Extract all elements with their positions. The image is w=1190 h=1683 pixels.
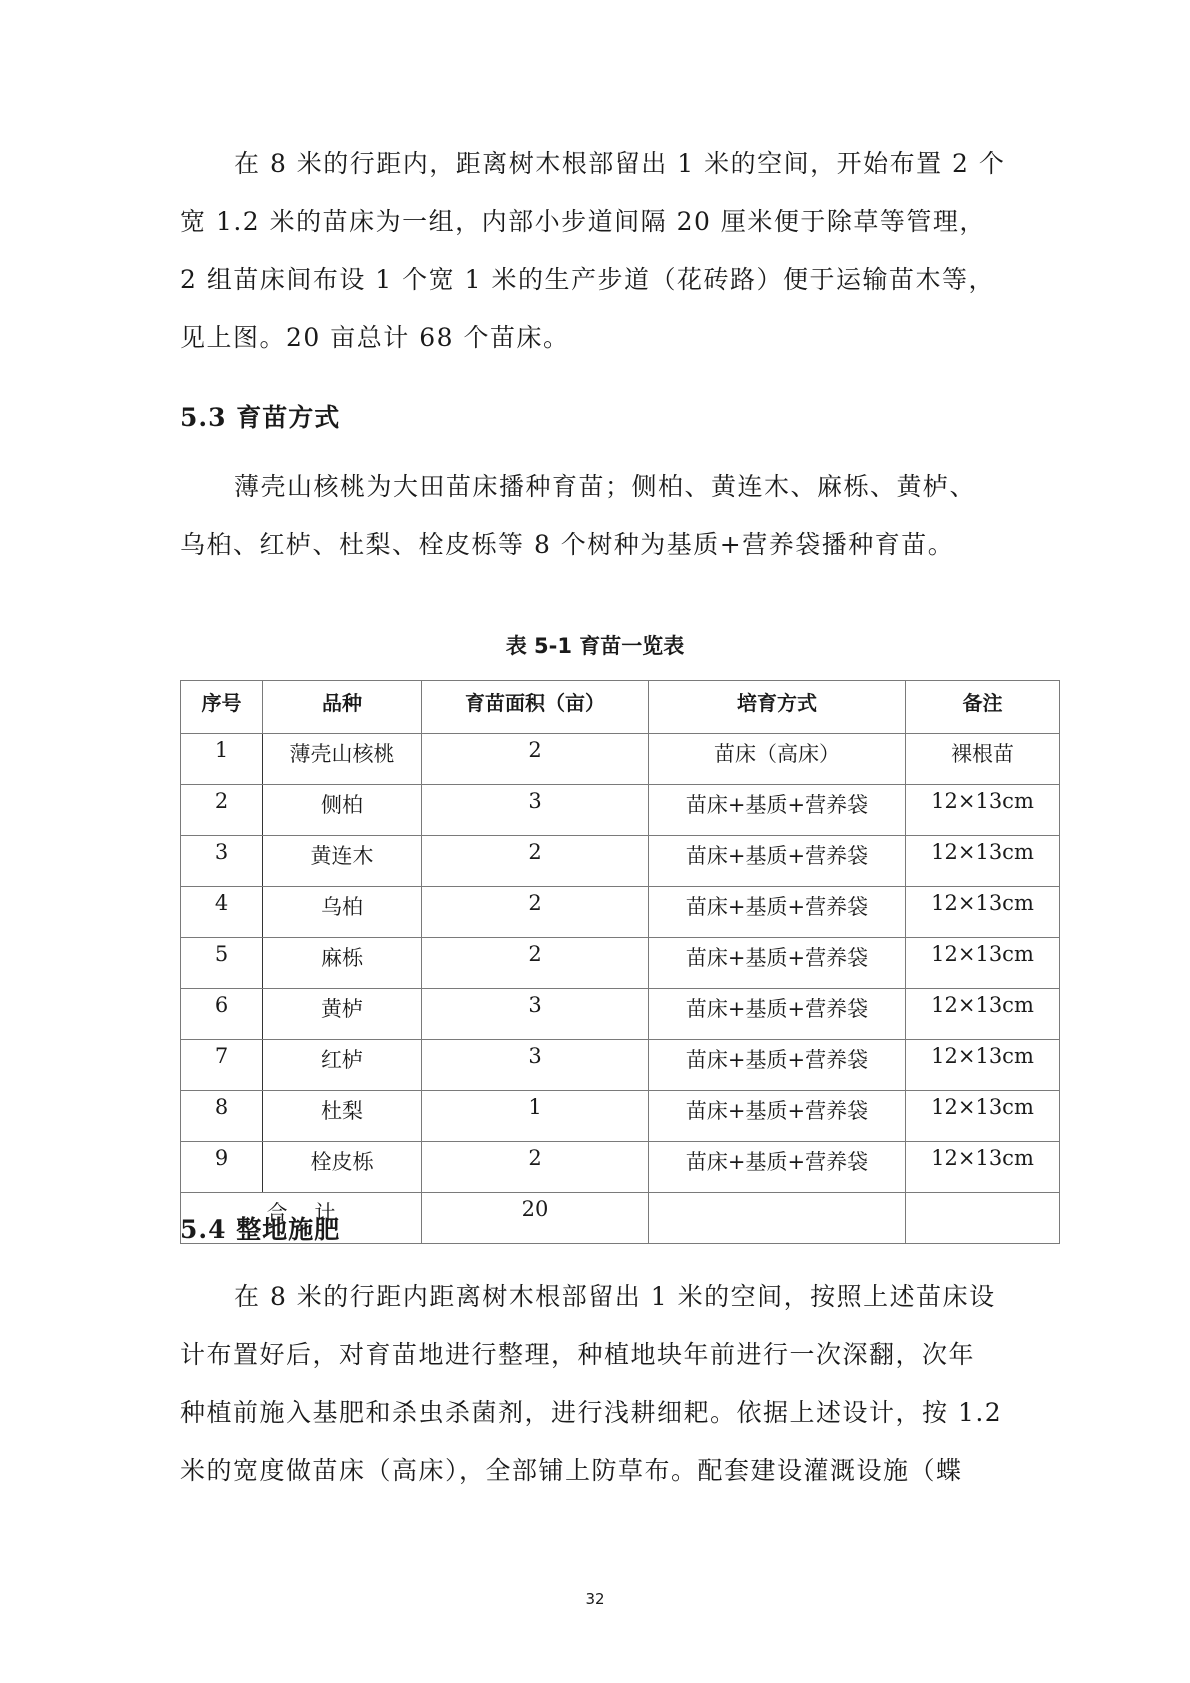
cell-note: 12×13cm — [906, 836, 1060, 887]
section-5-4-paragraph: 在 8 米的行距内距离树木根部留出 1 米的空间，按照上述苗床设 计布置好后，对… — [180, 1268, 1015, 1500]
cell-area: 3 — [422, 989, 649, 1040]
cell-species: 杜梨 — [263, 1091, 422, 1142]
cell-note: 12×13cm — [906, 887, 1060, 938]
text-line: 2 组苗床间布设 1 个宽 1 米的生产步道（花砖路）便于运输苗木等， — [180, 251, 1015, 309]
cell-species: 乌柏 — [263, 887, 422, 938]
page-number: 32 — [0, 1590, 1190, 1608]
table-caption: 表 5-1 育苗一览表 — [0, 630, 1190, 660]
cell-species: 红栌 — [263, 1040, 422, 1091]
cell-note: 12×13cm — [906, 1091, 1060, 1142]
seedling-table: 序号 品种 育苗面积（亩） 培育方式 备注 1 薄壳山核桃 2 苗床（高床） 裸… — [180, 680, 1060, 1244]
cell-index: 5 — [181, 938, 263, 989]
header-cell: 备注 — [906, 681, 1060, 734]
cell-species: 黄栌 — [263, 989, 422, 1040]
cell-area: 2 — [422, 734, 649, 785]
cell-index: 2 — [181, 785, 263, 836]
cell-total-note — [906, 1193, 1060, 1244]
table-header-row: 序号 品种 育苗面积（亩） 培育方式 备注 — [181, 681, 1060, 734]
cell-area: 2 — [422, 836, 649, 887]
cell-note: 12×13cm — [906, 1040, 1060, 1091]
cell-note: 12×13cm — [906, 1142, 1060, 1193]
cell-species: 黄连木 — [263, 836, 422, 887]
cell-method: 苗床（高床） — [649, 734, 906, 785]
section-heading-5-4: 5.4 整地施肥 — [180, 1210, 340, 1246]
cell-species: 麻栎 — [263, 938, 422, 989]
table-row: 9 栓皮栎 2 苗床+基质+营养袋 12×13cm — [181, 1142, 1060, 1193]
cell-area: 1 — [422, 1091, 649, 1142]
cell-index: 1 — [181, 734, 263, 785]
cell-index: 7 — [181, 1040, 263, 1091]
cell-index: 6 — [181, 989, 263, 1040]
text-line: 米的宽度做苗床（高床），全部铺上防草布。配套建设灌溉设施（蝶 — [180, 1442, 1015, 1500]
cell-area: 3 — [422, 1040, 649, 1091]
cell-method: 苗床+基质+营养袋 — [649, 1091, 906, 1142]
table-row: 3 黄连木 2 苗床+基质+营养袋 12×13cm — [181, 836, 1060, 887]
table-row: 5 麻栎 2 苗床+基质+营养袋 12×13cm — [181, 938, 1060, 989]
cell-method: 苗床+基质+营养袋 — [649, 1040, 906, 1091]
cell-area: 2 — [422, 887, 649, 938]
cell-species: 薄壳山核桃 — [263, 734, 422, 785]
cell-total-method — [649, 1193, 906, 1244]
cell-note: 12×13cm — [906, 938, 1060, 989]
cell-index: 3 — [181, 836, 263, 887]
header-cell: 序号 — [181, 681, 263, 734]
cell-index: 4 — [181, 887, 263, 938]
cell-species: 侧柏 — [263, 785, 422, 836]
cell-method: 苗床+基质+营养袋 — [649, 938, 906, 989]
text-line: 在 8 米的行距内，距离树木根部留出 1 米的空间，开始布置 2 个 — [180, 135, 1015, 193]
text-line: 计布置好后，对育苗地进行整理，种植地块年前进行一次深翻，次年 — [180, 1326, 1015, 1384]
text-line: 乌桕、红栌、杜梨、栓皮栎等 8 个树种为基质+营养袋播种育苗。 — [180, 516, 1015, 574]
cell-index: 8 — [181, 1091, 263, 1142]
table-row: 2 侧柏 3 苗床+基质+营养袋 12×13cm — [181, 785, 1060, 836]
table-row: 1 薄壳山核桃 2 苗床（高床） 裸根苗 — [181, 734, 1060, 785]
cell-note: 12×13cm — [906, 989, 1060, 1040]
cell-area: 2 — [422, 938, 649, 989]
cell-area: 2 — [422, 1142, 649, 1193]
text-line: 薄壳山核桃为大田苗床播种育苗；侧柏、黄连木、麻栎、黄栌、 — [180, 458, 1015, 516]
cell-note: 裸根苗 — [906, 734, 1060, 785]
text-line: 在 8 米的行距内距离树木根部留出 1 米的空间，按照上述苗床设 — [180, 1268, 1015, 1326]
cell-method: 苗床+基质+营养袋 — [649, 836, 906, 887]
header-cell: 育苗面积（亩） — [422, 681, 649, 734]
text-line: 宽 1.2 米的苗床为一组，内部小步道间隔 20 厘米便于除草等管理， — [180, 193, 1015, 251]
header-cell: 品种 — [263, 681, 422, 734]
cell-method: 苗床+基质+营养袋 — [649, 989, 906, 1040]
cell-index: 9 — [181, 1142, 263, 1193]
header-cell: 培育方式 — [649, 681, 906, 734]
text-line: 种植前施入基肥和杀虫杀菌剂，进行浅耕细耙。依据上述设计，按 1.2 — [180, 1384, 1015, 1442]
table-row: 4 乌柏 2 苗床+基质+营养袋 12×13cm — [181, 887, 1060, 938]
section-heading-5-3: 5.3 育苗方式 — [180, 398, 340, 434]
cell-species: 栓皮栎 — [263, 1142, 422, 1193]
cell-method: 苗床+基质+营养袋 — [649, 887, 906, 938]
cell-total-area: 20 — [422, 1193, 649, 1244]
cell-note: 12×13cm — [906, 785, 1060, 836]
table-row: 7 红栌 3 苗床+基质+营养袋 12×13cm — [181, 1040, 1060, 1091]
text-line: 见上图。20 亩总计 68 个苗床。 — [180, 309, 1015, 367]
cell-method: 苗床+基质+营养袋 — [649, 1142, 906, 1193]
table-row: 6 黄栌 3 苗床+基质+营养袋 12×13cm — [181, 989, 1060, 1040]
cell-method: 苗床+基质+营养袋 — [649, 785, 906, 836]
intro-paragraph: 在 8 米的行距内，距离树木根部留出 1 米的空间，开始布置 2 个 宽 1.2… — [180, 135, 1015, 367]
cell-area: 3 — [422, 785, 649, 836]
section-5-3-paragraph: 薄壳山核桃为大田苗床播种育苗；侧柏、黄连木、麻栎、黄栌、 乌桕、红栌、杜梨、栓皮… — [180, 458, 1015, 574]
table-row: 8 杜梨 1 苗床+基质+营养袋 12×13cm — [181, 1091, 1060, 1142]
